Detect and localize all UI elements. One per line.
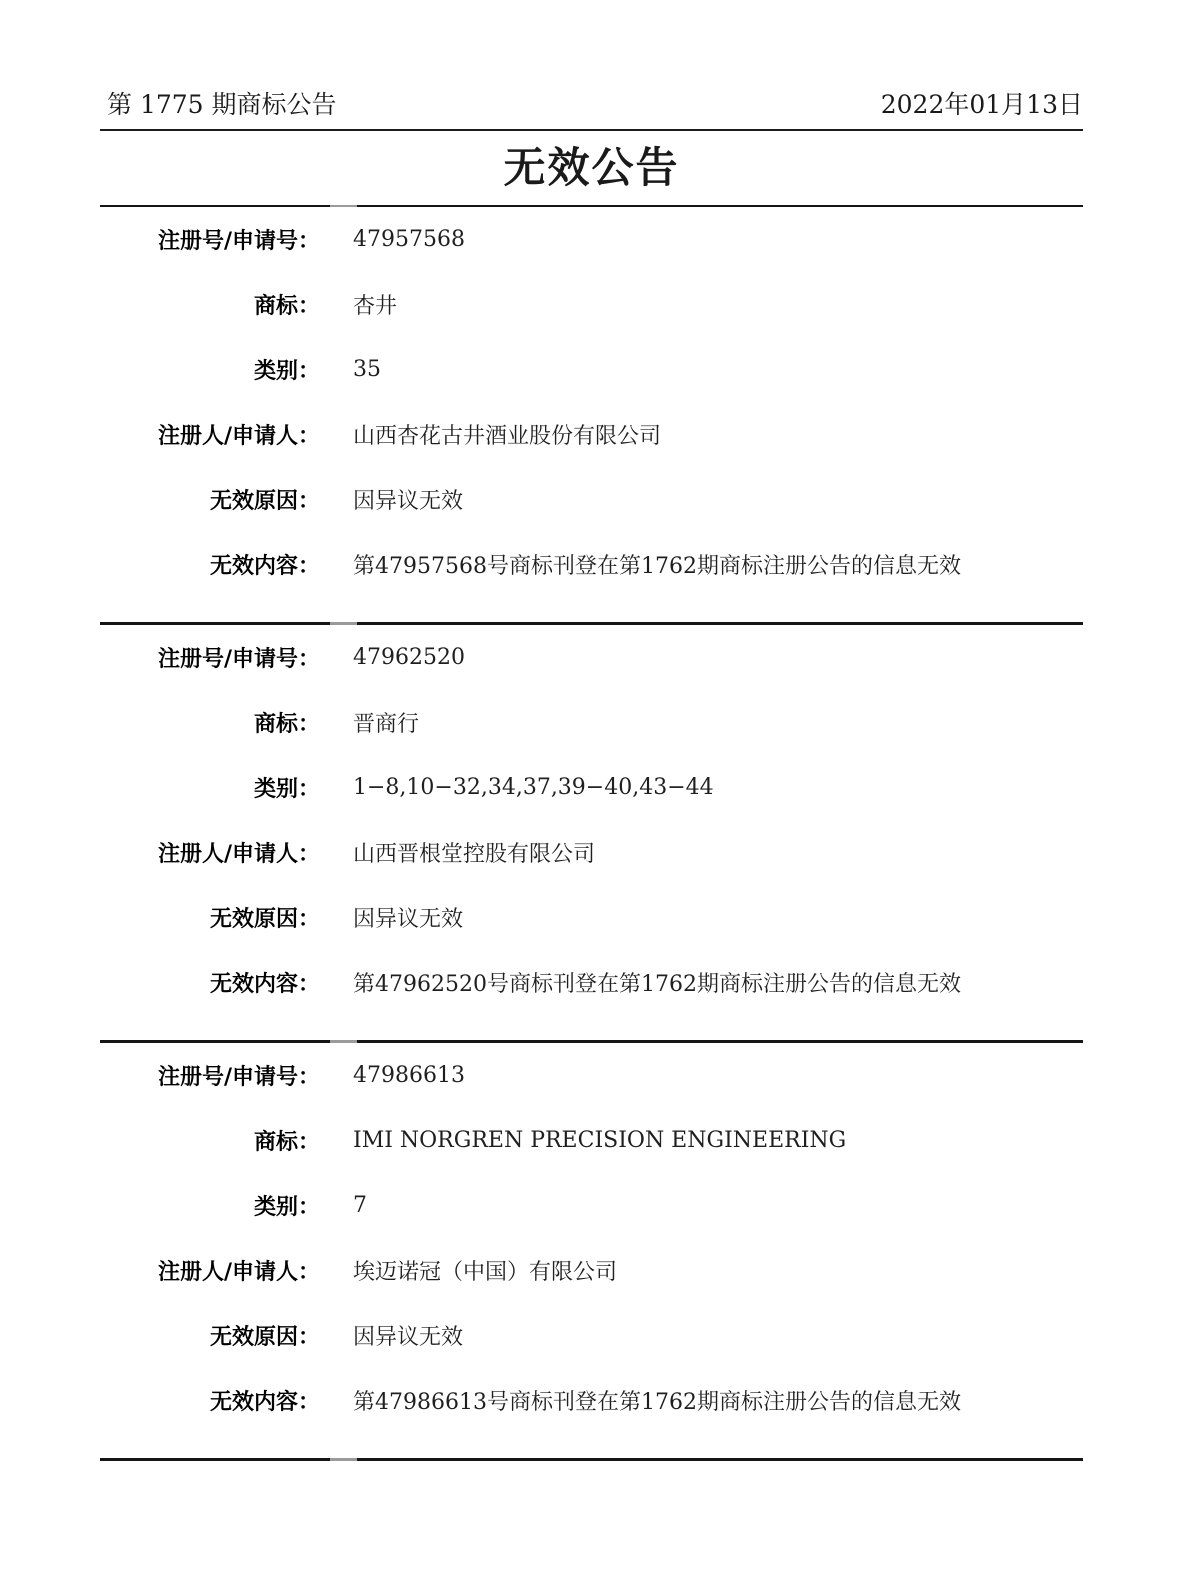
field-value-registrant: 山西杏花古井酒业股份有限公司 — [353, 419, 661, 450]
field-row-trademark: 商标： 晋商行 — [100, 690, 1083, 755]
field-value-registrant: 山西晋根堂控股有限公司 — [353, 837, 595, 868]
field-row-registrant: 注册人/申请人： 山西晋根堂控股有限公司 — [100, 820, 1083, 885]
page: 第 1775 期商标公告 2022年01月13日 无效公告 注册号/申请号： 4… — [100, 0, 1083, 1461]
field-label-registrant: 注册人/申请人： — [100, 419, 320, 450]
field-value-reason: 因异议无效 — [353, 484, 463, 515]
field-label-content: 无效内容： — [100, 967, 320, 998]
field-label-reason: 无效原因： — [100, 902, 320, 933]
field-label-reason: 无效原因： — [100, 1320, 320, 1351]
field-row-reason: 无效原因： 因异议无效 — [100, 885, 1083, 950]
field-label-category: 类别： — [100, 354, 320, 385]
field-row-category: 类别： 7 — [100, 1173, 1083, 1238]
field-label-reason: 无效原因： — [100, 484, 320, 515]
field-row-reg-no: 注册号/申请号： 47957568 — [100, 207, 1083, 272]
gazette-issue-number: 第 1775 期商标公告 — [100, 90, 337, 120]
field-label-reg-no: 注册号/申请号： — [100, 1060, 320, 1091]
field-row-content: 无效内容： 第47962520号商标刊登在第1762期商标注册公告的信息无效 — [100, 950, 1083, 1015]
field-row-content: 无效内容： 第47957568号商标刊登在第1762期商标注册公告的信息无效 — [100, 532, 1083, 597]
record-divider — [100, 1458, 1083, 1461]
field-label-category: 类别： — [100, 1190, 320, 1221]
field-row-content: 无效内容： 第47986613号商标刊登在第1762期商标注册公告的信息无效 — [100, 1368, 1083, 1433]
field-label-trademark: 商标： — [100, 1125, 320, 1156]
field-value-reason: 因异议无效 — [353, 902, 463, 933]
field-value-registrant: 埃迈诺冠（中国）有限公司 — [353, 1255, 617, 1286]
trademark-record: 注册号/申请号： 47957568 商标： 杏井 类别： 35 注册人/申请人：… — [100, 207, 1083, 622]
field-row-registrant: 注册人/申请人： 埃迈诺冠（中国）有限公司 — [100, 1238, 1083, 1303]
field-value-category: 7 — [353, 1193, 367, 1218]
field-value-trademark: 杏井 — [353, 289, 397, 320]
field-row-reason: 无效原因： 因异议无效 — [100, 467, 1083, 532]
field-label-registrant: 注册人/申请人： — [100, 1255, 320, 1286]
field-value-trademark: 晋商行 — [353, 707, 419, 738]
field-row-category: 类别： 35 — [100, 337, 1083, 402]
field-value-reason: 因异议无效 — [353, 1320, 463, 1351]
field-row-trademark: 商标： 杏井 — [100, 272, 1083, 337]
field-value-content: 第47957568号商标刊登在第1762期商标注册公告的信息无效 — [353, 549, 961, 580]
page-header: 第 1775 期商标公告 2022年01月13日 — [100, 0, 1083, 120]
field-row-category: 类别： 1−8,10−32,34,37,39−40,43−44 — [100, 755, 1083, 820]
field-value-content: 第47962520号商标刊登在第1762期商标注册公告的信息无效 — [353, 967, 961, 998]
field-value-reg-no: 47957568 — [353, 227, 465, 252]
field-value-trademark: IMI NORGREN PRECISION ENGINEERING — [353, 1128, 846, 1153]
page-title: 无效公告 — [100, 131, 1083, 205]
field-row-registrant: 注册人/申请人： 山西杏花古井酒业股份有限公司 — [100, 402, 1083, 467]
field-label-content: 无效内容： — [100, 549, 320, 580]
field-row-reason: 无效原因： 因异议无效 — [100, 1303, 1083, 1368]
field-label-trademark: 商标： — [100, 707, 320, 738]
gazette-date: 2022年01月13日 — [881, 90, 1083, 120]
field-label-reg-no: 注册号/申请号： — [100, 642, 320, 673]
field-value-category: 35 — [353, 357, 381, 382]
field-label-trademark: 商标： — [100, 289, 320, 320]
field-value-reg-no: 47962520 — [353, 645, 465, 670]
field-row-trademark: 商标： IMI NORGREN PRECISION ENGINEERING — [100, 1108, 1083, 1173]
trademark-record: 注册号/申请号： 47986613 商标： IMI NORGREN PRECIS… — [100, 1043, 1083, 1458]
trademark-record: 注册号/申请号： 47962520 商标： 晋商行 类别： 1−8,10−32,… — [100, 625, 1083, 1040]
field-label-content: 无效内容： — [100, 1385, 320, 1416]
field-row-reg-no: 注册号/申请号： 47986613 — [100, 1043, 1083, 1108]
field-value-reg-no: 47986613 — [353, 1063, 465, 1088]
field-value-category: 1−8,10−32,34,37,39−40,43−44 — [353, 775, 714, 800]
field-label-category: 类别： — [100, 772, 320, 803]
field-row-reg-no: 注册号/申请号： 47962520 — [100, 625, 1083, 690]
field-label-registrant: 注册人/申请人： — [100, 837, 320, 868]
field-value-content: 第47986613号商标刊登在第1762期商标注册公告的信息无效 — [353, 1385, 961, 1416]
field-label-reg-no: 注册号/申请号： — [100, 224, 320, 255]
